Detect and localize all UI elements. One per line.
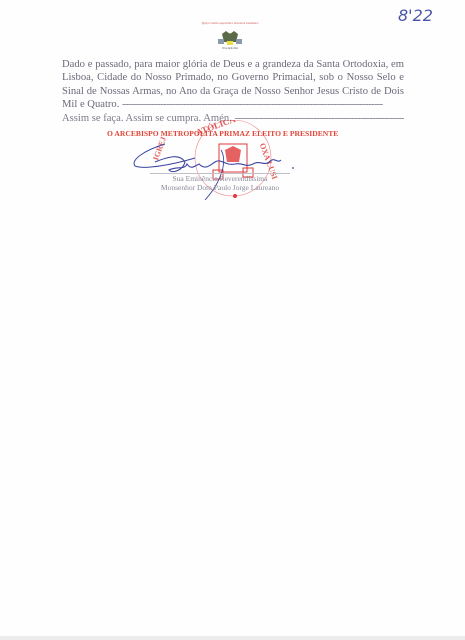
signatory-name: Monsenhor Dom Paulo Jorge Laureano xyxy=(150,184,290,193)
page-number: 8'22 xyxy=(398,6,433,25)
closing-paragraph: Dado e passado, para maior glória de Deu… xyxy=(62,58,404,112)
crest-motto: Ecce Abba Dei xyxy=(200,47,260,50)
signature-caption: Sua Eminência Reverendíssima Monsenhor D… xyxy=(150,175,290,192)
document-body: Dado e passado, para maior glória de Deu… xyxy=(62,58,404,125)
crest-emblem: Igreja Católica Apostólica Ortodoxa Lusi… xyxy=(200,22,260,52)
signatory-title: O ARCEBISPO METROPOLITA PRIMAZ ELEITO E … xyxy=(107,129,377,138)
scan-edge xyxy=(0,636,465,640)
